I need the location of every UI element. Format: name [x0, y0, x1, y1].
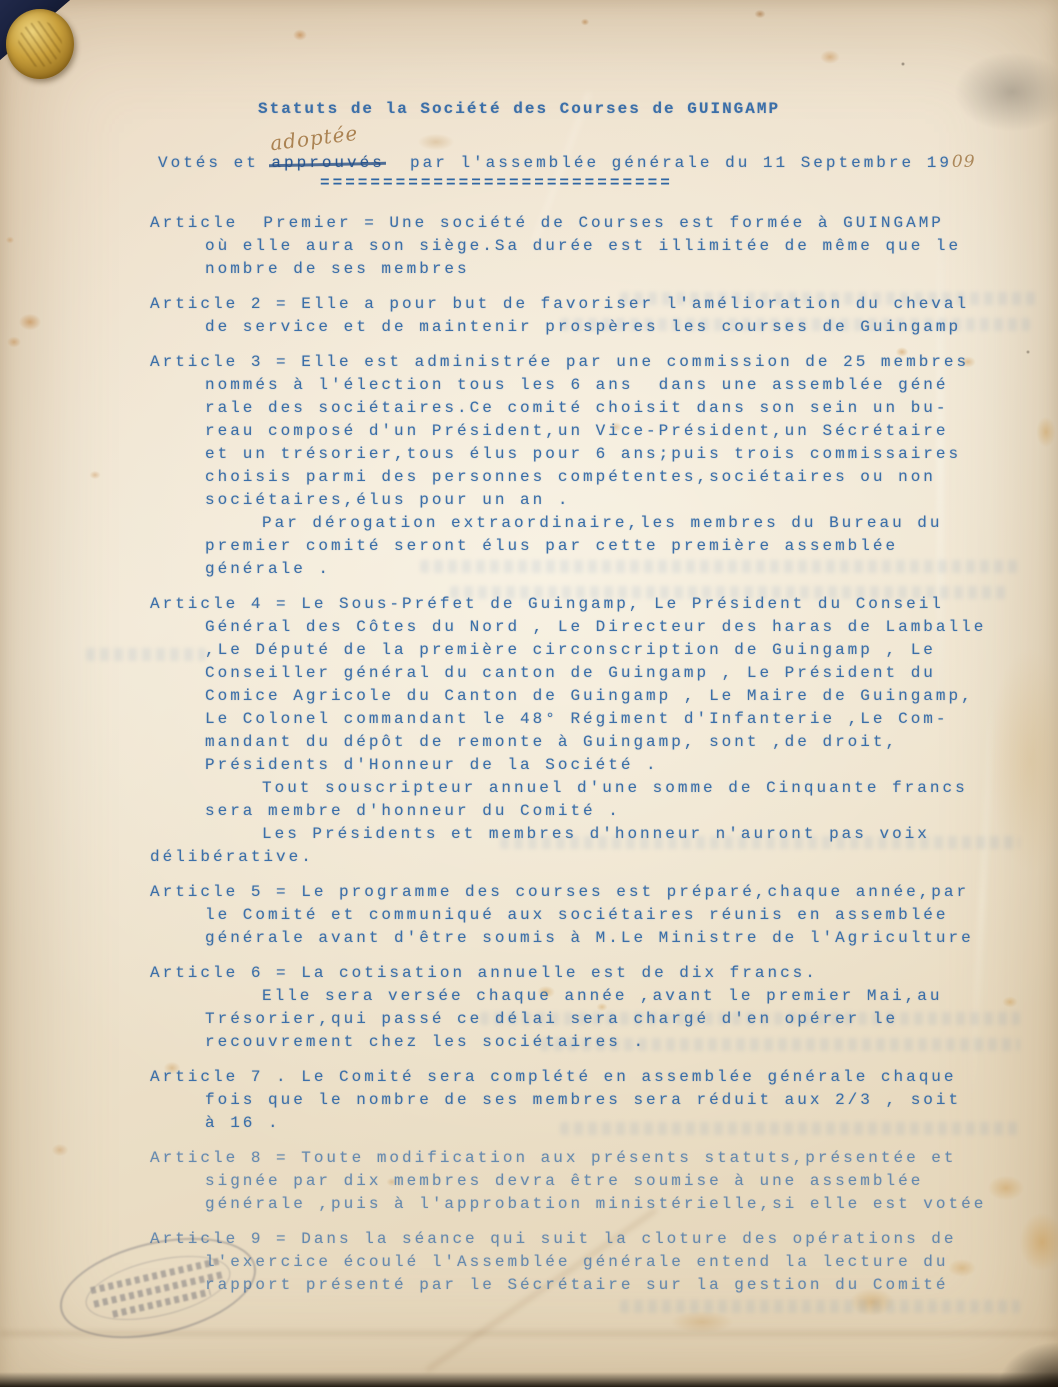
article-line: l'exercice écoulé l'Assemblée générale e… [205, 1251, 1048, 1274]
handwritten-year: 09 [952, 152, 976, 172]
article: Article 6 = La cotisation annuelle est d… [150, 962, 1048, 1054]
article-line: générale . [205, 558, 1048, 581]
article-line: recouvrement chez les sociétaires . [205, 1031, 1048, 1054]
article-line: délibérative. [150, 846, 1048, 869]
document-title: Statuts de la Société des Courses de GUI… [258, 100, 780, 118]
article-line: Trésorier,qui passé ce délai sera chargé… [205, 1008, 1048, 1031]
article-line: Article 8 = Toute modification aux prése… [150, 1147, 1048, 1170]
article-line: Présidents d'Honneur de la Société . [205, 754, 1048, 777]
article-line: Comice Agricole du Canton de Guingamp , … [205, 685, 1048, 708]
article-line: à 16 . [205, 1112, 1048, 1135]
article-line: Article 6 = La cotisation annuelle est d… [150, 962, 1048, 985]
article-line: reau composé d'un Président,un Vice-Prés… [205, 420, 1048, 443]
subtitle-suffix: par l'assemblée générale du 11 Septembre… [385, 154, 952, 172]
struck-word: approuvés [271, 154, 384, 172]
paper-crease [0, 1332, 1058, 1335]
article-line: Les Présidents et membres d'honneur n'au… [262, 823, 1048, 846]
article: Article 3 = Elle est administrée par une… [150, 351, 1048, 581]
article-line: le Comité et communiqué aux sociétaires … [205, 904, 1048, 927]
articles-body: Article Premier = Une société de Courses… [150, 212, 1048, 1309]
article-line: Article 7 . Le Comité sera complété en a… [150, 1066, 1048, 1089]
article: Article 5 = Le programme des courses est… [150, 881, 1048, 950]
article-line: sociétaires,élus pour un an . [205, 489, 1048, 512]
article-line: Article 9 = Dans la séance qui suit la c… [150, 1228, 1048, 1251]
article-line: Article 4 = Le Sous-Préfet de Guingamp, … [150, 593, 1048, 616]
document-subtitle: Votés et approuvés par l'assemblée génér… [158, 152, 976, 172]
article-line: premier comité seront élus par cette pre… [205, 535, 1048, 558]
article-line: nombre de ses membres [205, 258, 1048, 281]
article-line: mandant du dépôt de remonte à Guingamp, … [205, 731, 1048, 754]
article-line: Le Colonel commandant le 48° Régiment d'… [205, 708, 1048, 731]
paper-sheet: Statuts de la Société des Courses de GUI… [0, 0, 1058, 1387]
scan-bottom-edge [0, 1372, 1058, 1387]
article-line: ,Le Député de la première circonscriptio… [205, 639, 1048, 662]
article: Article 7 . Le Comité sera complété en a… [150, 1066, 1048, 1135]
article: Article 4 = Le Sous-Préfet de Guingamp, … [150, 593, 1048, 869]
article-line: sera membre d'honneur du Comité . [205, 800, 1048, 823]
article-line: générale ,puis à l'approbation ministéri… [205, 1193, 1048, 1216]
article-line: Général des Côtes du Nord , Le Directeur… [205, 616, 1048, 639]
article-line: Conseiller général du canton de Guingamp… [205, 662, 1048, 685]
article-line: où elle aura son siège.Sa durée est illi… [205, 235, 1048, 258]
article-line: rale des sociétaires.Ce comité choisit d… [205, 397, 1048, 420]
article-line: signée par dix membres devra être soumis… [205, 1170, 1048, 1193]
article-line: Article 2 = Elle a pour but de favoriser… [150, 293, 1048, 316]
separator-line: ============================ [320, 174, 673, 192]
scanned-document-page: Statuts de la Société des Courses de GUI… [0, 0, 1058, 1387]
article-line: Article Premier = Une société de Courses… [150, 212, 1048, 235]
article-line: générale avant d'être soumis à M.Le Mini… [205, 927, 1048, 950]
article-line: de service et de maintenir prospères les… [205, 316, 1048, 339]
article-line: et un trésorier,tous élus pour 6 ans;pui… [205, 443, 1048, 466]
article-line: Tout souscripteur annuel d'une somme de … [262, 777, 1048, 800]
article-line: Article 5 = Le programme des courses est… [150, 881, 1048, 904]
article-line: choisis parmi des personnes compétentes,… [205, 466, 1048, 489]
article: Article 8 = Toute modification aux prése… [150, 1147, 1048, 1216]
article: Article Premier = Une société de Courses… [150, 212, 1048, 281]
article-line: fois que le nombre de ses membres sera r… [205, 1089, 1048, 1112]
article-line: nommés à l'élection tous les 6 ans dans … [205, 374, 1048, 397]
handwritten-correction: adoptée [269, 121, 360, 156]
article-line: Elle sera versée chaque année ,avant le … [262, 985, 1048, 1008]
article: Article 9 = Dans la séance qui suit la c… [150, 1228, 1048, 1297]
article-line: rapport présenté par le Sécrétaire sur l… [205, 1274, 1048, 1297]
article: Article 2 = Elle a pour but de favoriser… [150, 293, 1048, 339]
article-line: Par dérogation extraordinaire,les membre… [262, 512, 1048, 535]
brass-fastener-seal [6, 9, 74, 79]
subtitle-prefix: Votés et [158, 154, 271, 172]
article-line: Article 3 = Elle est administrée par une… [150, 351, 1048, 374]
